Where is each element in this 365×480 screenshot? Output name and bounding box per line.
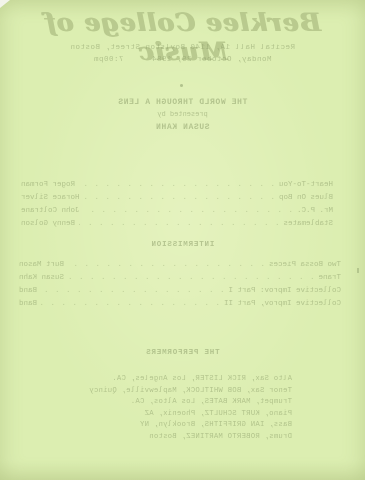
song-title: Mr. P.C. (297, 207, 333, 215)
composer-credit: Benny Golson (21, 220, 75, 228)
program-row: StablematesBenny Golson (21, 220, 333, 233)
ink-speck (180, 84, 183, 87)
performer-line: Alto Sax, RICK LISTER, Los Angeles, CA. (62, 374, 292, 386)
song-title: Collective Improv, Part II (224, 300, 341, 308)
composer-credit: Roger Forman (21, 181, 75, 189)
ink-speck-edge (357, 268, 359, 273)
mirrored-bleed-through-content: Berklee College of Music Recital Hall 1A… (0, 0, 365, 480)
program-row: Collective Improv, Part IIBand (19, 300, 341, 313)
song-title: Two Bossa Pieces (269, 261, 341, 269)
composer-credit: Band (19, 287, 37, 295)
performer-line: Tenor Sax, BOB WHITLOCK, Maplewville, Qu… (62, 386, 292, 398)
performer-line: Trumpet, MARK BATES, Los Altos, CA. (62, 397, 292, 409)
composer-credit: Burt Mason (19, 261, 64, 269)
dot-leader (68, 274, 314, 282)
song-title: Collective Improv: Part I (228, 287, 341, 295)
dot-leader (41, 287, 224, 295)
composer-credit: Band (19, 300, 37, 308)
performers-heading: THE PERFORMERS (0, 349, 365, 357)
composer-credit: Susan Kahn (19, 274, 64, 282)
performer-line: Piano, KURT SCHULTZ, Phoenix, AZ (62, 409, 292, 421)
presenter-name: SUSAN KAHN (0, 123, 365, 132)
dot-leader (84, 207, 293, 215)
scanned-paper-page: Berklee College of Music Recital Hall 1A… (0, 0, 365, 480)
time-text: 7:00pm (93, 56, 123, 64)
program-row: Blues On BopHorace Silver (21, 194, 333, 207)
venue-address-line: Recital Hall 1A, 1140 Boylston Street, B… (0, 44, 365, 52)
dot-leader (79, 181, 275, 189)
song-title: Stablemates (283, 220, 333, 228)
program-row: Mr. P.C.John Coltrane (21, 207, 333, 220)
composer-credit: Horace Silver (21, 194, 80, 202)
dot-leader (68, 261, 265, 269)
song-title: Heart-To-You (279, 181, 333, 189)
song-title: Trane (318, 274, 341, 282)
program-row: Two Bossa PiecesBurt Mason (19, 261, 341, 274)
performers-list: Alto Sax, RICK LISTER, Los Angeles, CA. … (62, 374, 292, 443)
song-title: Blues On Bop (279, 194, 333, 202)
intermission-heading: INTERMISSION (0, 241, 365, 249)
composer-credit: John Coltrane (21, 207, 80, 215)
date-time-line: Monday, October 29, 19847:00pm (0, 56, 365, 64)
program-first-half: Heart-To-YouRoger Forman Blues On BopHor… (21, 181, 333, 233)
program-second-half: Two Bossa PiecesBurt Mason TraneSusan Ka… (19, 261, 341, 313)
performer-line: Bass, IAN GRIFFITHS, Brooklyn, NY (62, 420, 292, 432)
date-text: Monday, October 29, 1984 (152, 56, 272, 64)
dot-leader (84, 194, 275, 202)
presented-by-label: presented by (0, 111, 365, 119)
recital-title: THE WORLD THROUGH A LENS (0, 98, 365, 107)
dot-leader (79, 220, 279, 228)
performer-line: Drums, ROBERTO MARTINEZ, Boston (62, 432, 292, 444)
program-row: Heart-To-YouRoger Forman (21, 181, 333, 194)
dot-leader (41, 300, 220, 308)
program-row: TraneSusan Kahn (19, 274, 341, 287)
program-row: Collective Improv: Part IBand (19, 287, 341, 300)
